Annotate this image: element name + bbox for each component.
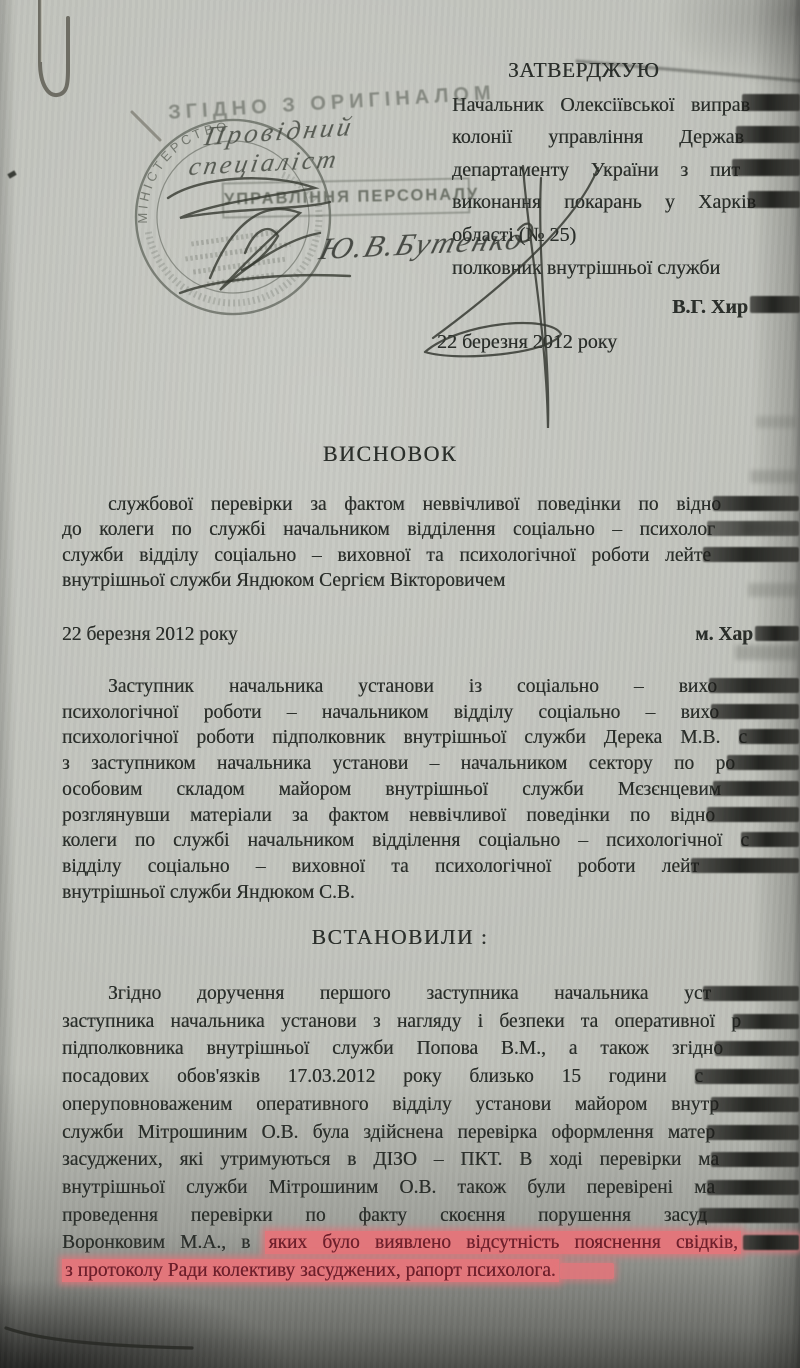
approver-signature-stroke [400,140,660,440]
redaction-bar [707,807,799,822]
text-line: Начальник Олексіївської виправ [452,89,800,122]
redaction-bar [739,729,799,744]
redaction-bar [695,1069,799,1084]
line-text: психологічної роботи підполковник внутрі… [62,725,747,751]
text-line: психологічної роботи підполковник внутрі… [62,725,799,751]
redaction-bar [711,1152,799,1167]
text-line-highlighted: з протоколу Ради колективу засуджених, р… [62,1257,799,1285]
line-text: особовим складом майором внутрішньої слу… [62,777,721,803]
text-line: внутрішньої служби Яндюком С.В. [62,880,799,906]
line-text: служби Мітрошиним О.В. була здійснена пе… [62,1119,715,1147]
line-text: оперуповноваженим оперативного відділу у… [62,1091,719,1119]
text-line: Згідно доручення першого заступника нача… [62,980,799,1008]
redaction-bar [750,296,800,313]
document-city: м. Хар [695,624,799,646]
text-line: заступника начальника установи з нагляду… [62,1008,799,1036]
line-text: колеги по службі начальником відділення … [62,828,749,854]
scan-smudge [756,416,796,428]
line-text: внутрішньої служби Мітрошиним О.В. також… [62,1174,715,1202]
document-title: ВИСНОВОК [62,441,718,467]
text-line: Заступник начальника установи із соціаль… [62,674,799,700]
line-text: підполковника внутрішньої служби Попова … [62,1035,723,1063]
text-line: посадових обов'язків 17.03.2012 року бли… [62,1063,799,1091]
redaction-bar [736,126,800,143]
line-text: внутрішньої служби Яндюком Сергієм Вікто… [62,568,799,593]
text-line: з заступником начальника установи – нача… [62,751,799,777]
line-text: посадових обов'язків 17.03.2012 року бли… [62,1063,703,1091]
line-text: психологічної роботи – начальником відді… [62,700,719,726]
scanned-document-page: ЗГІДНО З ОРИГІНАЛОМ МІНІСТЕРСТВО УПРАВЛІ… [0,0,800,1368]
redaction-bar [755,626,799,641]
redaction-bar [713,781,799,796]
line-text: відділу соціально – виховної та психолог… [62,854,699,880]
redaction-bar [699,1208,799,1223]
text-line: служби відділу соціально – виховної та п… [62,543,799,568]
redaction-bar [707,1125,799,1140]
redaction-bar [703,547,799,562]
text-line: внутрішньої служби Яндюком Сергієм Вікто… [62,568,799,593]
bottom-pen-stroke [0,1318,250,1368]
text-line: підполковника внутрішньої служби Попова … [62,1035,799,1063]
line-text: служби відділу соціально – виховної та п… [62,543,711,568]
text-line: особовим складом майором внутрішньої слу… [62,777,799,803]
text-line: колеги по службі начальником відділення … [62,828,799,854]
line-text: внутрішньої служби Яндюком С.В. [62,880,799,906]
paragraph-2: Заступник начальника установи із соціаль… [62,674,799,905]
text-line: засуджених, які утримуються в ДІЗО – ПКТ… [62,1146,799,1174]
text-line: проведення перевірки по факту скоєння по… [62,1202,799,1230]
scan-smudge [735,645,798,660]
redaction-bar [741,832,799,847]
redaction-bar [713,496,799,511]
line-text: Начальник Олексіївської виправ [452,89,750,122]
redaction-bar [709,678,799,693]
highlighted-text: з протоколу Ради колективу засуджених, р… [62,1259,559,1282]
redaction-bar [703,986,799,1001]
line-text: службової перевірки за фактом неввічливо… [62,492,721,517]
redaction-bar [691,858,799,873]
line-text: Заступник начальника установи із соціаль… [62,674,717,700]
text-line: оперуповноваженим оперативного відділу у… [62,1091,799,1119]
redaction-bar [711,704,799,719]
text-line: відділу соціально – виховної та психолог… [62,854,799,880]
redaction-bar [711,1097,799,1112]
approval-label: ЗАТВЕРДЖУЮ [508,54,800,87]
redaction-bar [707,521,799,536]
redaction-bar [732,159,800,176]
dateline: 22 березня 2012 року м. Хар [62,624,799,646]
line-text: розглянувши матеріали за фактом неввічли… [62,803,715,829]
line-text: проведення перевірки по факту скоєння по… [62,1202,707,1230]
line-text: до колеги по службі начальником відділен… [62,517,715,542]
line-text: засуджених, які утримуються в ДІЗО – ПКТ… [62,1146,719,1174]
section-heading: ВСТАНОВИЛИ : [62,925,738,950]
redaction-bar [707,1180,799,1195]
line-text: Згідно доручення першого заступника нача… [62,980,711,1008]
text-line: служби Мітрошиним О.В. була здійснена пе… [62,1119,799,1147]
text-line: розглянувши матеріали за фактом неввічли… [62,803,799,829]
redaction-bar [743,1235,799,1250]
line-text: заступника начальника установи з нагляду… [62,1008,741,1036]
redaction-bar [748,191,800,208]
approver-name: В.Г. Хир [672,296,748,318]
signature-scribble [150,158,380,308]
redaction-bar [733,1014,799,1029]
ink-speck [7,170,16,178]
text-line: до колеги по службі начальником відділен… [62,517,799,542]
scan-smudge [750,470,798,483]
city-text: м. Хар [695,624,753,645]
line-text: з заступником начальника установи – нача… [62,751,735,777]
text-line: психологічної роботи – начальником відді… [62,700,799,726]
redaction-bar [742,94,800,111]
paragraph-3: Згідно доручення першого заступника нача… [62,980,799,1285]
document-date: 22 березня 2012 року [62,624,238,646]
text-line: внутрішньої служби Мітрошиним О.В. також… [62,1174,799,1202]
highlight-marker-tail [560,1263,614,1279]
text-line-highlighted: Воронковим М.А., в яких було виявлено ві… [62,1229,799,1257]
line-text: Воронковим М.А., в [62,1232,265,1253]
highlighted-text: яких було виявлено відсутність пояснення… [265,1231,741,1254]
text-line: службової перевірки за фактом неввічливо… [62,492,799,517]
redaction-bar [727,755,799,770]
paragraph-1: службової перевірки за фактом неввічливо… [62,492,799,594]
redaction-bar [715,1041,799,1056]
